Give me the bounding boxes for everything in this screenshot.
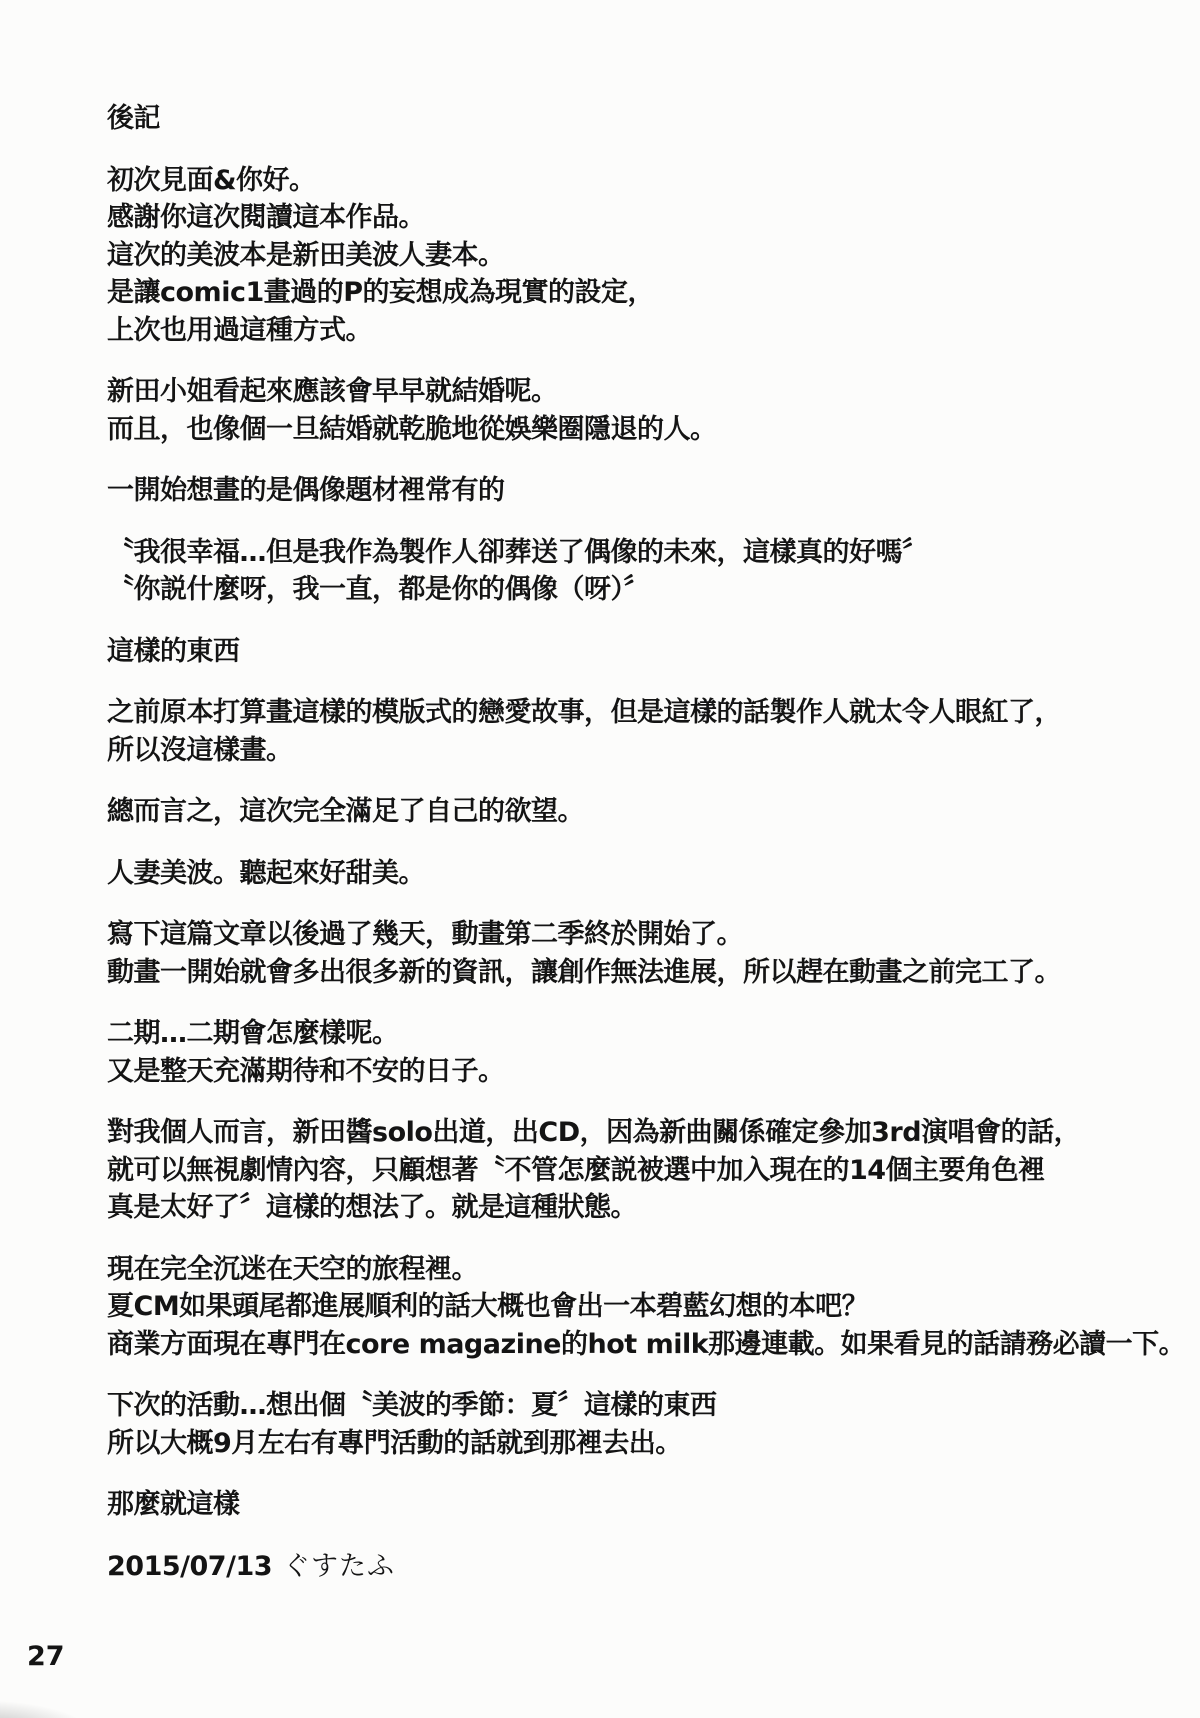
text-line: 所以沒這樣畫。 [107,732,1185,770]
text-line: 人妻美波。聽起來好甜美。 [107,855,1185,893]
afterword-content: 後記 初次見面&你好。感謝你這次閱讀這本作品。這次的美波本是新田美波人妻本。是讓… [107,100,1185,1609]
paragraph: 初次見面&你好。感謝你這次閱讀這本作品。這次的美波本是新田美波人妻本。是讓com… [107,162,1185,350]
text-line: 又是整天充滿期待和不安的日子。 [107,1053,1185,1091]
text-line: 初次見面&你好。 [107,162,1185,200]
text-line: 真是太好了〞這樣的想法了。就是這種狀態。 [107,1189,1185,1227]
paragraph: 寫下這篇文章以後過了幾天，動畫第二季終於開始了。動畫一開始就會多出很多新的資訊，… [107,916,1185,991]
text-line: 感謝你這次閱讀這本作品。 [107,199,1185,237]
text-line: 就可以無視劇情內容，只顧想著〝不管怎麼説被選中加入現在的14個主要角色裡 [107,1152,1185,1190]
text-line: 所以大概9月左右有專門活動的話就到那裡去出。 [107,1425,1185,1463]
text-line: 那麼就這樣 [107,1486,1185,1524]
signature-name: ぐすたふ [283,1551,395,1582]
text-line: 〝我很幸福…但是我作為製作人卻葬送了偶像的未來，這樣真的好嗎〞 [107,534,1185,572]
paragraph: 那麼就這樣 [107,1486,1185,1524]
paragraph: 新田小姐看起來應該會早早就結婚呢。而且，也像個一旦結婚就乾脆地從娛樂圈隱退的人。 [107,373,1185,448]
text-line: 這次的美波本是新田美波人妻本。 [107,237,1185,275]
page-number: 27 [27,1638,65,1676]
text-line: 寫下這篇文章以後過了幾天，動畫第二季終於開始了。 [107,916,1185,954]
text-line: 而且，也像個一旦結婚就乾脆地從娛樂圈隱退的人。 [107,411,1185,449]
paragraph: 下次的活動…想出個〝美波的季節：夏〞這樣的東西所以大概9月左右有專門活動的話就到… [107,1387,1185,1462]
text-line: 二期…二期會怎麼樣呢。 [107,1015,1185,1053]
text-line: 商業方面現在專門在core magazine的hot milk那邊連載。如果看見… [107,1326,1185,1364]
paragraph: 〝我很幸福…但是我作為製作人卻葬送了偶像的未來，這樣真的好嗎〞〝你説什麼呀，我一… [107,534,1185,609]
paragraph: 人妻美波。聽起來好甜美。 [107,855,1185,893]
text-line: 夏CM如果頭尾都進展順利的話大概也會出一本碧藍幻想的本吧？ [107,1288,1185,1326]
page-title: 後記 [107,100,1185,138]
text-line: 這樣的東西 [107,633,1185,671]
paragraph: 一開始想畫的是偶像題材裡常有的 [107,472,1185,510]
paragraph: 總而言之，這次完全滿足了自己的欲望。 [107,793,1185,831]
text-line: 〝你説什麼呀，我一直，都是你的偶像（呀）〞 [107,571,1185,609]
paragraph: 現在完全沉迷在天空的旅程裡。夏CM如果頭尾都進展順利的話大概也會出一本碧藍幻想的… [107,1251,1185,1364]
text-line: 之前原本打算畫這樣的模版式的戀愛故事，但是這樣的話製作人就太令人眼紅了， [107,694,1185,732]
paragraph: 這樣的東西 [107,633,1185,671]
paragraph: 二期…二期會怎麼樣呢。又是整天充滿期待和不安的日子。 [107,1015,1185,1090]
text-line: 是讓comic1畫過的P的妄想成為現實的設定， [107,274,1185,312]
text-line: 總而言之，這次完全滿足了自己的欲望。 [107,793,1185,831]
afterword-body: 初次見面&你好。感謝你這次閱讀這本作品。這次的美波本是新田美波人妻本。是讓com… [107,162,1185,1524]
text-line: 下次的活動…想出個〝美波的季節：夏〞這樣的東西 [107,1387,1185,1425]
paragraph: 對我個人而言，新田醬solo出道，出CD，因為新曲關係確定參加3rd演唱會的話，… [107,1114,1185,1227]
signature-line: 2015/07/13ぐすたふ [107,1548,1185,1586]
text-line: 現在完全沉迷在天空的旅程裡。 [107,1251,1185,1289]
text-line: 一開始想畫的是偶像題材裡常有的 [107,472,1185,510]
text-line: 對我個人而言，新田醬solo出道，出CD，因為新曲關係確定參加3rd演唱會的話， [107,1114,1185,1152]
paragraph: 之前原本打算畫這樣的模版式的戀愛故事，但是這樣的話製作人就太令人眼紅了，所以沒這… [107,694,1185,769]
signature-date: 2015/07/13 [107,1551,272,1582]
text-line: 動畫一開始就會多出很多新的資訊，讓創作無法進展，所以趕在動畫之前完工了。 [107,954,1185,992]
text-line: 新田小姐看起來應該會早早就結婚呢。 [107,373,1185,411]
text-line: 上次也用過這種方式。 [107,312,1185,350]
